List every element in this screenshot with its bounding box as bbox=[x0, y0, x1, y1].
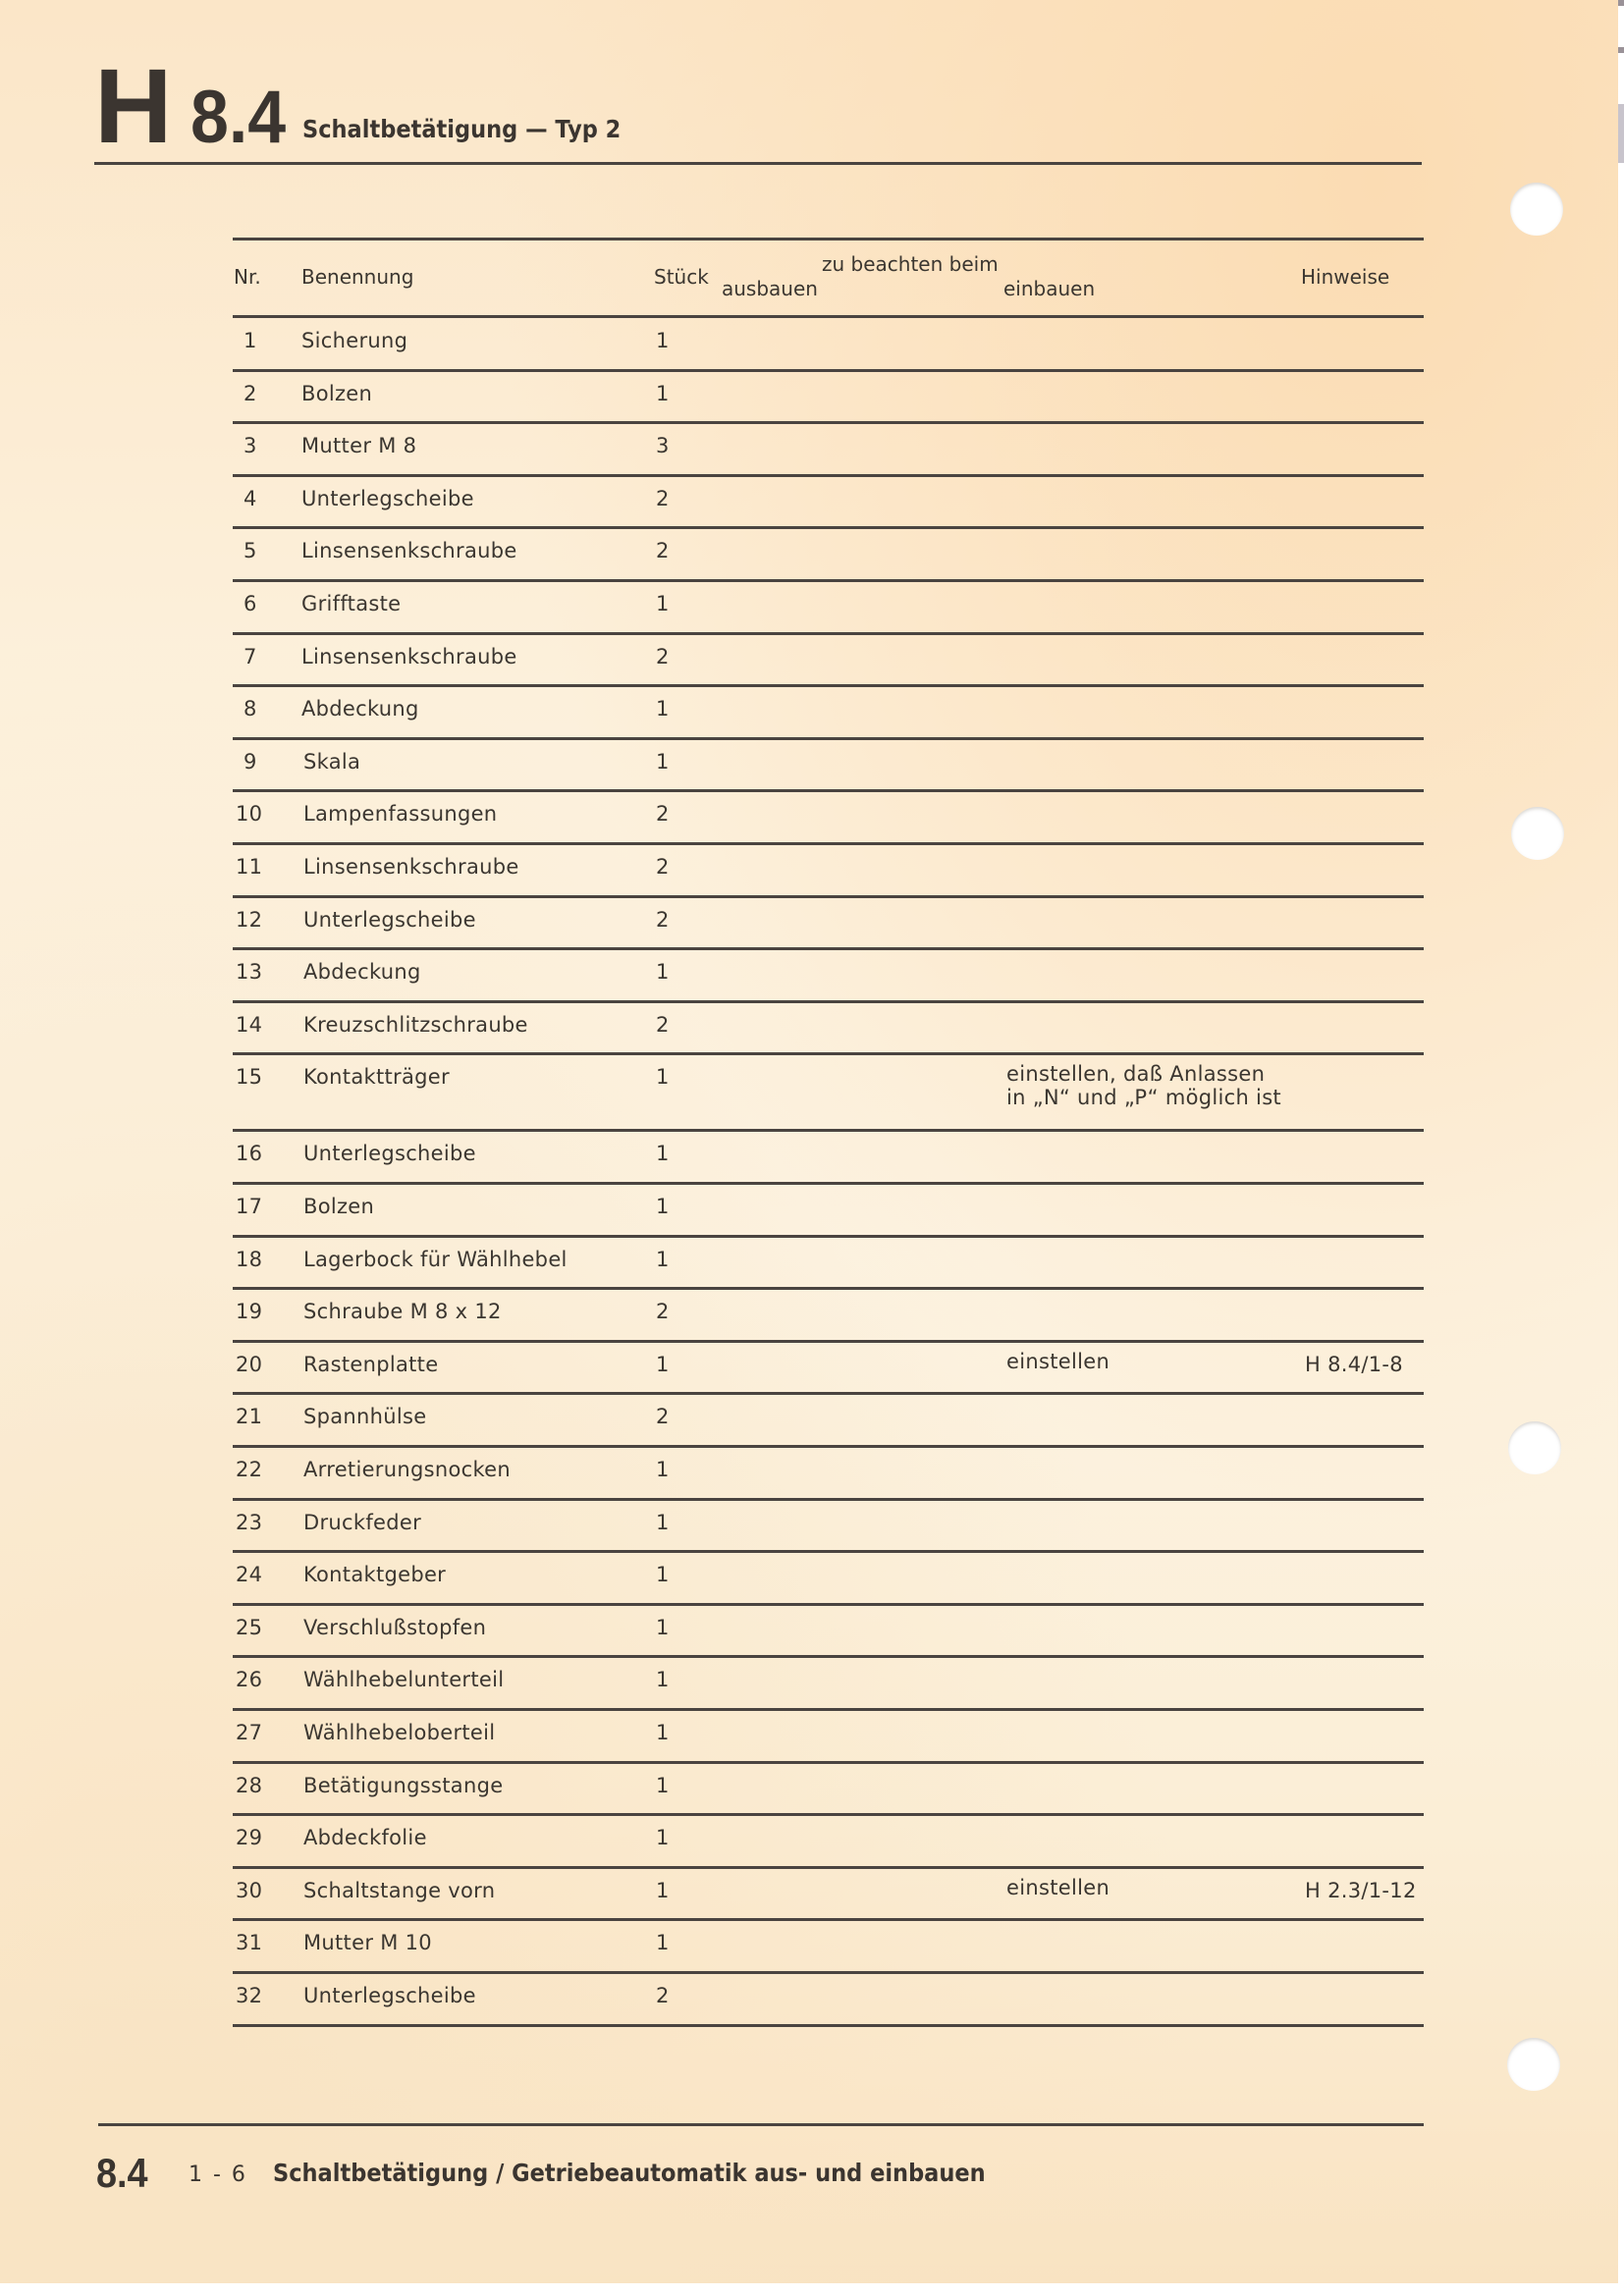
row-number: 29 bbox=[236, 1826, 262, 1849]
part-quantity: 1 bbox=[656, 1511, 670, 1534]
scan-edge-mark bbox=[1618, 104, 1624, 163]
installation-note: einstellen, daß Anlassen in „N“ und „P“ … bbox=[1006, 1062, 1281, 1109]
part-quantity: 1 bbox=[656, 592, 670, 615]
part-name: Abdeckung bbox=[303, 960, 421, 984]
scan-edge-mark bbox=[1618, 0, 1624, 6]
row-divider bbox=[233, 1971, 1424, 1974]
part-quantity: 2 bbox=[656, 908, 670, 932]
part-name: Bolzen bbox=[301, 382, 372, 405]
section-letter: H bbox=[94, 67, 173, 145]
row-divider bbox=[233, 632, 1424, 635]
part-name: Mutter M 8 bbox=[301, 434, 416, 457]
row-number: 17 bbox=[236, 1195, 262, 1218]
part-name: Betätigungsstange bbox=[303, 1774, 503, 1797]
part-quantity: 1 bbox=[656, 1774, 670, 1797]
part-name: Kreuzschlitzschraube bbox=[303, 1013, 528, 1037]
row-number: 22 bbox=[236, 1458, 262, 1481]
row-divider bbox=[233, 1813, 1424, 1816]
part-quantity: 1 bbox=[656, 960, 670, 984]
part-quantity: 2 bbox=[656, 1013, 670, 1037]
row-divider bbox=[233, 1603, 1424, 1606]
installation-note: einstellen bbox=[1006, 1350, 1110, 1373]
row-number: 28 bbox=[236, 1774, 262, 1797]
part-quantity: 1 bbox=[656, 697, 670, 721]
footer-page-range: 1 - 6 bbox=[189, 2163, 247, 2187]
part-name: Kontaktgeber bbox=[303, 1563, 446, 1586]
row-divider bbox=[233, 369, 1424, 372]
row-divider bbox=[233, 1761, 1424, 1764]
row-number: 3 bbox=[244, 434, 257, 457]
header-divider bbox=[94, 162, 1422, 165]
scan-margin bbox=[1618, 0, 1624, 2296]
part-quantity: 1 bbox=[656, 1879, 670, 1902]
row-divider bbox=[233, 1708, 1424, 1711]
column-header-name: Benennung bbox=[301, 265, 413, 289]
part-name: Sicherung bbox=[301, 329, 407, 352]
part-name: Druckfeder bbox=[303, 1511, 421, 1534]
row-divider bbox=[233, 1287, 1424, 1290]
row-divider bbox=[233, 1655, 1424, 1658]
part-quantity: 1 bbox=[656, 1668, 670, 1691]
row-divider bbox=[233, 474, 1424, 477]
part-quantity: 2 bbox=[656, 1300, 670, 1323]
part-quantity: 2 bbox=[656, 802, 670, 826]
punch-hole bbox=[1508, 1421, 1561, 1474]
row-divider bbox=[233, 2024, 1424, 2027]
column-header-nr: Nr. bbox=[234, 265, 261, 289]
row-divider bbox=[233, 1052, 1424, 1055]
row-number: 27 bbox=[236, 1721, 262, 1744]
row-number: 26 bbox=[236, 1668, 262, 1691]
row-number: 16 bbox=[236, 1142, 262, 1165]
column-header-installation: einbauen bbox=[1003, 277, 1095, 300]
row-divider bbox=[233, 1129, 1424, 1132]
part-name: Kontaktträger bbox=[303, 1065, 450, 1089]
row-number: 23 bbox=[236, 1511, 262, 1534]
part-name: Abdeckung bbox=[301, 697, 419, 721]
row-number: 14 bbox=[236, 1013, 262, 1037]
row-divider bbox=[233, 684, 1424, 687]
part-quantity: 1 bbox=[656, 382, 670, 405]
part-name: Linsensenkschraube bbox=[301, 645, 517, 668]
row-number: 19 bbox=[236, 1300, 262, 1323]
row-divider bbox=[233, 1392, 1424, 1395]
part-quantity: 2 bbox=[656, 1405, 670, 1428]
row-divider bbox=[233, 1918, 1424, 1921]
scan-edge-mark bbox=[1618, 47, 1624, 53]
footer-divider bbox=[98, 2123, 1424, 2126]
row-number: 25 bbox=[236, 1616, 262, 1639]
part-name: Grifftaste bbox=[301, 592, 401, 615]
row-divider bbox=[233, 947, 1424, 950]
part-name: Schaltstange vorn bbox=[303, 1879, 495, 1902]
row-divider bbox=[233, 789, 1424, 792]
row-number: 6 bbox=[244, 592, 257, 615]
row-number: 21 bbox=[236, 1405, 262, 1428]
row-divider bbox=[233, 1498, 1424, 1501]
part-name: Wählhebeloberteil bbox=[303, 1721, 495, 1744]
row-number: 30 bbox=[236, 1879, 262, 1902]
row-number: 10 bbox=[236, 802, 262, 826]
part-quantity: 2 bbox=[656, 539, 670, 562]
row-number: 15 bbox=[236, 1065, 262, 1089]
part-name: Wählhebelunterteil bbox=[303, 1668, 504, 1691]
punch-hole bbox=[1511, 807, 1564, 860]
punch-hole bbox=[1507, 2038, 1560, 2091]
page-title: Schaltbetätigung — Typ 2 bbox=[302, 115, 621, 143]
part-quantity: 3 bbox=[656, 434, 670, 457]
row-number: 8 bbox=[244, 697, 257, 721]
row-number: 2 bbox=[244, 382, 257, 405]
row-number: 9 bbox=[244, 750, 257, 774]
column-header-removal: ausbauen bbox=[722, 277, 818, 300]
part-quantity: 2 bbox=[656, 1984, 670, 2007]
part-name: Abdeckfolie bbox=[303, 1826, 427, 1849]
row-number: 32 bbox=[236, 1984, 262, 2007]
part-name: Rastenplatte bbox=[303, 1353, 438, 1376]
row-number: 18 bbox=[236, 1248, 262, 1271]
header-bottom-rule bbox=[233, 315, 1424, 318]
part-quantity: 1 bbox=[656, 1065, 670, 1089]
row-number: 12 bbox=[236, 908, 262, 932]
row-divider bbox=[233, 737, 1424, 740]
punch-hole bbox=[1510, 183, 1563, 236]
column-header-reference: Hinweise bbox=[1301, 265, 1389, 289]
part-quantity: 1 bbox=[656, 1826, 670, 1849]
part-name: Skala bbox=[303, 750, 360, 774]
part-quantity: 1 bbox=[656, 329, 670, 352]
row-divider bbox=[233, 1866, 1424, 1869]
row-divider bbox=[233, 1182, 1424, 1185]
part-name: Unterlegscheibe bbox=[303, 1984, 476, 2007]
part-quantity: 1 bbox=[656, 1616, 670, 1639]
section-number: 8.4 bbox=[190, 88, 286, 147]
part-name: Unterlegscheibe bbox=[303, 1142, 476, 1165]
part-name: Schraube M 8 x 12 bbox=[303, 1300, 502, 1323]
column-header-note-group: zu beachten beim bbox=[822, 252, 999, 276]
part-name: Unterlegscheibe bbox=[301, 487, 474, 510]
part-quantity: 2 bbox=[656, 645, 670, 668]
footer-title: Schaltbetätigung / Getriebeautomatik aus… bbox=[273, 2159, 986, 2187]
part-name: Linsensenkschraube bbox=[303, 855, 519, 879]
row-number: 20 bbox=[236, 1353, 262, 1376]
part-quantity: 1 bbox=[656, 1248, 670, 1271]
part-quantity: 1 bbox=[656, 1931, 670, 1954]
row-number: 7 bbox=[244, 645, 257, 668]
row-number: 4 bbox=[244, 487, 257, 510]
row-divider bbox=[233, 842, 1424, 845]
row-number: 1 bbox=[244, 329, 257, 352]
part-quantity: 1 bbox=[656, 1353, 670, 1376]
row-number: 13 bbox=[236, 960, 262, 984]
row-divider bbox=[233, 1235, 1424, 1238]
part-quantity: 1 bbox=[656, 750, 670, 774]
part-name: Linsensenkschraube bbox=[301, 539, 517, 562]
part-quantity: 1 bbox=[656, 1142, 670, 1165]
installation-note: einstellen bbox=[1006, 1876, 1110, 1899]
reference-link: H 2.3/1-12 bbox=[1305, 1879, 1417, 1902]
part-quantity: 1 bbox=[656, 1563, 670, 1586]
row-divider bbox=[233, 579, 1424, 582]
row-divider bbox=[233, 1340, 1424, 1343]
part-quantity: 1 bbox=[656, 1195, 670, 1218]
row-number: 24 bbox=[236, 1563, 262, 1586]
part-name: Lagerbock für Wählhebel bbox=[303, 1248, 568, 1271]
part-name: Unterlegscheibe bbox=[303, 908, 476, 932]
part-name: Mutter M 10 bbox=[303, 1931, 432, 1954]
part-quantity: 2 bbox=[656, 487, 670, 510]
row-divider bbox=[233, 1445, 1424, 1448]
column-header-qty: Stück bbox=[654, 265, 709, 289]
row-divider bbox=[233, 526, 1424, 529]
part-name: Lampenfassungen bbox=[303, 802, 497, 826]
row-divider bbox=[233, 1550, 1424, 1553]
part-name: Bolzen bbox=[303, 1195, 374, 1218]
reference-link: H 8.4/1-8 bbox=[1305, 1353, 1403, 1376]
part-name: Spannhülse bbox=[303, 1405, 426, 1428]
row-number: 31 bbox=[236, 1931, 262, 1954]
table-top-rule bbox=[233, 238, 1424, 240]
row-divider bbox=[233, 421, 1424, 424]
part-quantity: 2 bbox=[656, 855, 670, 879]
row-number: 5 bbox=[244, 539, 257, 562]
row-number: 11 bbox=[236, 855, 262, 879]
row-divider bbox=[233, 1000, 1424, 1003]
part-name: Arretierungsnocken bbox=[303, 1458, 511, 1481]
part-name: Verschlußstopfen bbox=[303, 1616, 486, 1639]
part-quantity: 1 bbox=[656, 1458, 670, 1481]
part-quantity: 1 bbox=[656, 1721, 670, 1744]
row-divider bbox=[233, 895, 1424, 898]
footer-section-number: 8.4 bbox=[96, 2150, 148, 2197]
